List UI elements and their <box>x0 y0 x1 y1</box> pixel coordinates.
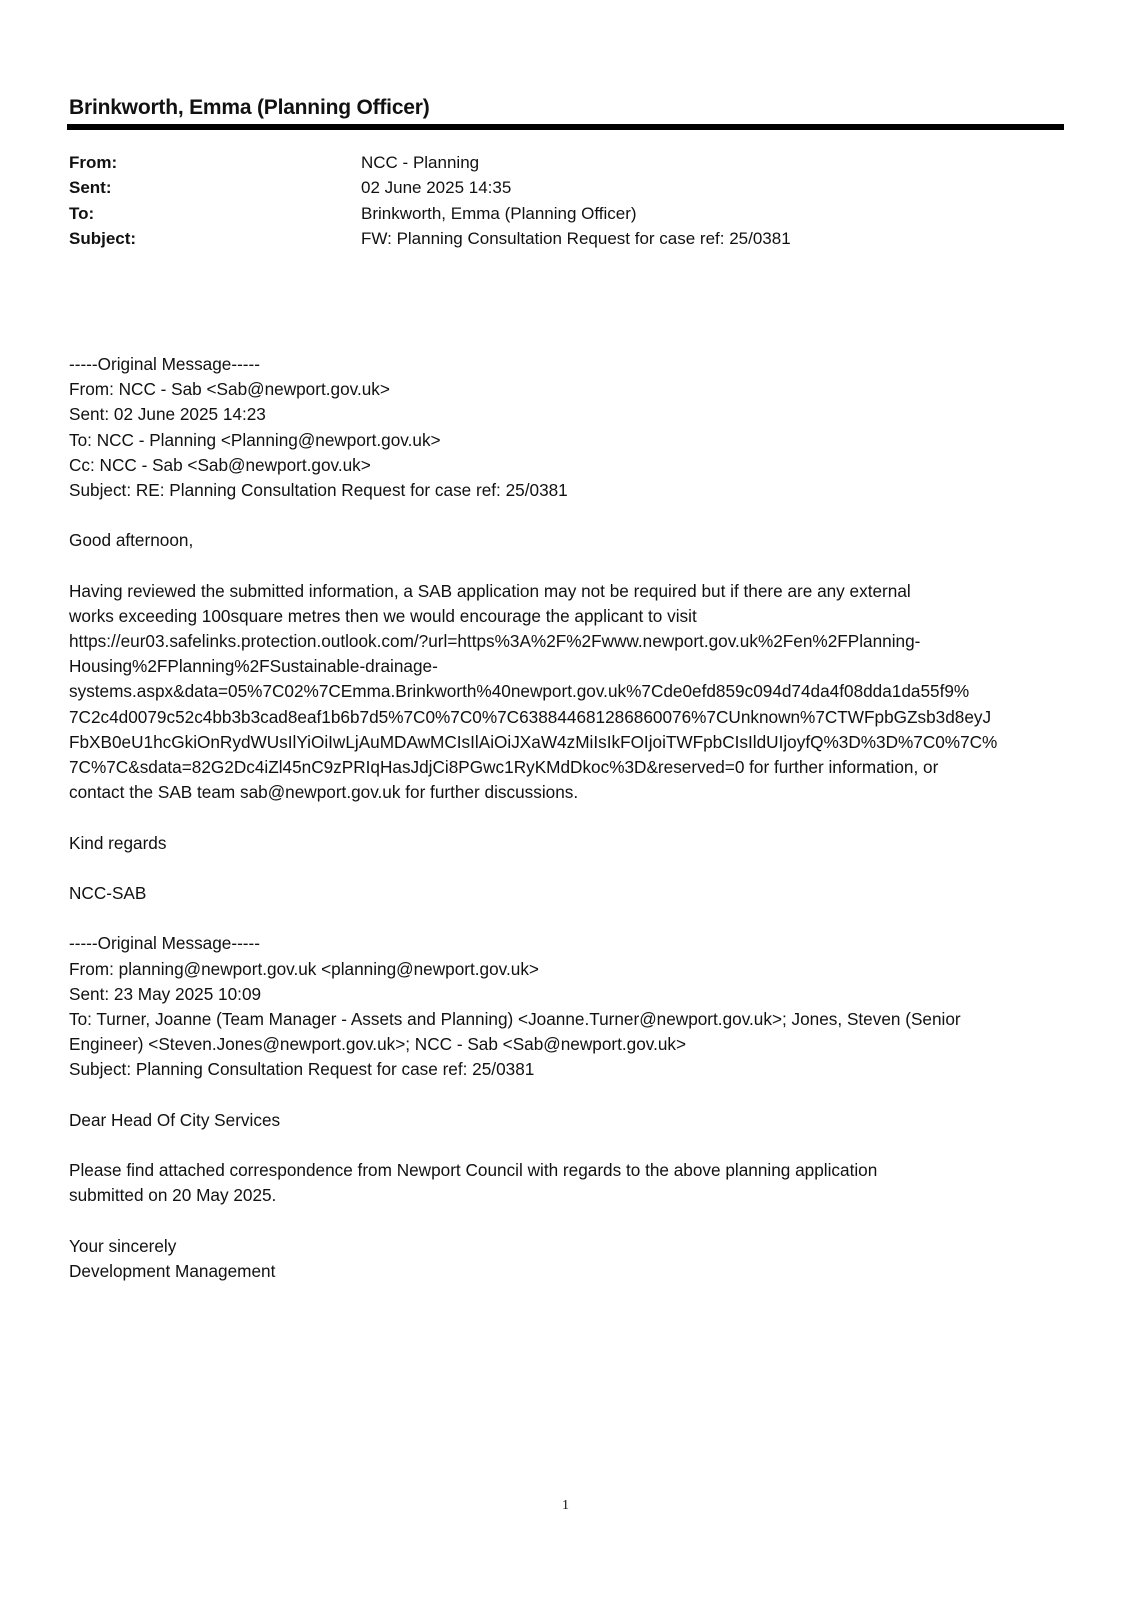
safelink-url[interactable]: 7C%7C&sdata=82G2Dc4iZl45nC9zPRIqHasJdjCi… <box>69 755 1054 780</box>
message1-to: To: NCC - Planning <Planning@newport.gov… <box>69 428 1054 453</box>
meta-row-to: To: Brinkworth, Emma (Planning Officer) <box>69 201 1049 226</box>
message2-to: Engineer) <Steven.Jones@newport.gov.uk>;… <box>69 1032 1054 1057</box>
safelink-url[interactable]: https://eur03.safelinks.protection.outlo… <box>69 629 1054 654</box>
message1-cc: Cc: NCC - Sab <Sab@newport.gov.uk> <box>69 453 1054 478</box>
meta-value: 02 June 2025 14:35 <box>361 175 1049 200</box>
meta-label: From: <box>69 150 361 175</box>
message1-signature: NCC-SAB <box>69 881 1054 906</box>
meta-value: Brinkworth, Emma (Planning Officer) <box>361 201 1049 226</box>
message2-body-line: Please find attached correspondence from… <box>69 1158 1054 1183</box>
message1-closing: Kind regards <box>69 831 1054 856</box>
title-divider <box>67 124 1064 130</box>
safelink-url[interactable]: systems.aspx&data=05%7C02%7CEmma.Brinkwo… <box>69 679 1054 704</box>
meta-row-subject: Subject: FW: Planning Consultation Reque… <box>69 226 1049 251</box>
meta-label: Sent: <box>69 175 361 200</box>
original-message-separator: -----Original Message----- <box>69 931 1054 956</box>
message1-sent: Sent: 02 June 2025 14:23 <box>69 402 1054 427</box>
page-number: 1 <box>0 1498 1131 1514</box>
message2-greeting: Dear Head Of City Services <box>69 1108 1054 1133</box>
original-message-separator: -----Original Message----- <box>69 352 1054 377</box>
meta-label: Subject: <box>69 226 361 251</box>
message1-from: From: NCC - Sab <Sab@newport.gov.uk> <box>69 377 1054 402</box>
message2-body-line: submitted on 20 May 2025. <box>69 1183 1054 1208</box>
message2-subject: Subject: Planning Consultation Request f… <box>69 1057 1054 1082</box>
message2-to: To: Turner, Joanne (Team Manager - Asset… <box>69 1007 1054 1032</box>
message2-signature: Development Management <box>69 1259 1054 1284</box>
safelink-url[interactable]: Housing%2FPlanning%2FSustainable-drainag… <box>69 654 1054 679</box>
message2-from: From: planning@newport.gov.uk <planning@… <box>69 957 1054 982</box>
message1-body-line: Having reviewed the submitted informatio… <box>69 579 1054 604</box>
meta-row-from: From: NCC - Planning <box>69 150 1049 175</box>
message1-body-line: works exceeding 100square metres then we… <box>69 604 1054 629</box>
meta-row-sent: Sent: 02 June 2025 14:35 <box>69 175 1049 200</box>
message2-closing: Your sincerely <box>69 1234 1054 1259</box>
meta-value: FW: Planning Consultation Request for ca… <box>361 226 1049 251</box>
email-header: From: NCC - Planning Sent: 02 June 2025 … <box>69 150 1049 251</box>
message1-greeting: Good afternoon, <box>69 528 1054 553</box>
meta-value: NCC - Planning <box>361 150 1049 175</box>
message1-subject: Subject: RE: Planning Consultation Reque… <box>69 478 1054 503</box>
safelink-url[interactable]: FbXB0eU1hcGkiOnRydWUsIlYiOiIwLjAuMDAwMCI… <box>69 730 1054 755</box>
document-page: Brinkworth, Emma (Planning Officer) From… <box>0 0 1131 1600</box>
message1-body-line: contact the SAB team sab@newport.gov.uk … <box>69 780 1054 805</box>
meta-label: To: <box>69 201 361 226</box>
email-body: -----Original Message----- From: NCC - S… <box>69 352 1054 1284</box>
message2-sent: Sent: 23 May 2025 10:09 <box>69 982 1054 1007</box>
safelink-url[interactable]: 7C2c4d0079c52c4bb3b3cad8eaf1b6b7d5%7C0%7… <box>69 705 1054 730</box>
document-title: Brinkworth, Emma (Planning Officer) <box>69 96 430 120</box>
